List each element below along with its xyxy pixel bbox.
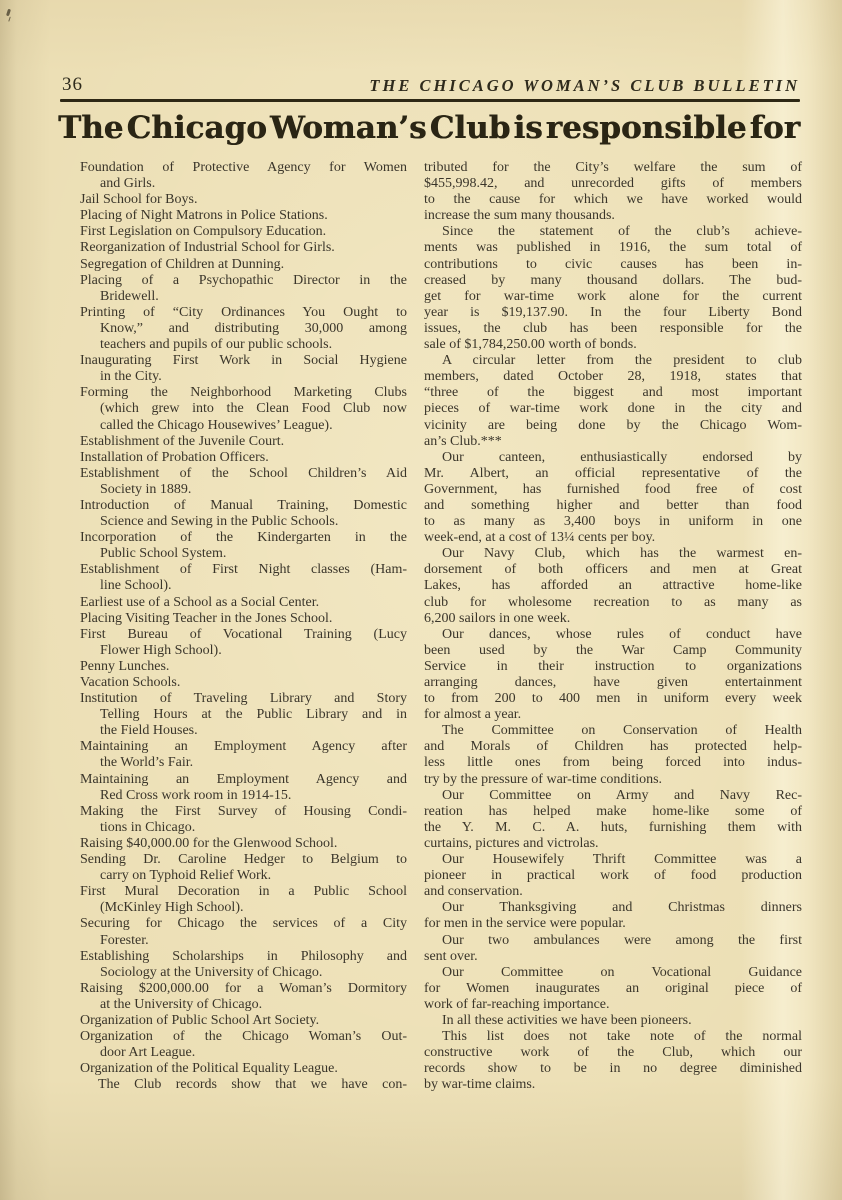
achievement-list-item: Organization of the Political Equality L… xyxy=(80,1061,407,1077)
text-line: Our Housewifely Thrift Committee was a xyxy=(424,852,802,868)
text-line: curtains, pictures and victrolas. xyxy=(424,836,802,852)
text-line: Securing for Chicago the services of a C… xyxy=(80,916,407,932)
text-line: Our Committee on Army and Navy Rec- xyxy=(424,788,802,804)
achievement-list-item: Vacation Schools. xyxy=(80,675,407,691)
text-line: Our Committee on Vocational Guidance xyxy=(424,965,802,981)
text-line: been used by the War Camp Community xyxy=(424,643,802,659)
text-line: the Y. M. C. A. huts, furnishing them wi… xyxy=(424,820,802,836)
paragraph: The Club records show that we have con- xyxy=(80,1077,407,1093)
paragraph: Our canteen, enthusiastically endorsed b… xyxy=(424,450,802,547)
text-line: and conservation. xyxy=(424,884,802,900)
text-line: First Bureau of Vocational Training (Luc… xyxy=(80,627,407,643)
paragraph: This list does not take note of the norm… xyxy=(424,1029,802,1093)
text-line: dorsement of both officers and men at Gr… xyxy=(424,562,802,578)
text-line: First Legislation on Compulsory Educatio… xyxy=(80,224,407,240)
text-line: Establishment of the School Children’s A… xyxy=(80,466,407,482)
achievement-list-item: First Legislation on Compulsory Educatio… xyxy=(80,224,407,240)
paragraph: Our Committee on Army and Navy Rec-reati… xyxy=(424,788,802,852)
achievement-list-item: Placing of a Psychopathic Director in th… xyxy=(80,273,407,305)
text-line: Jail School for Boys. xyxy=(80,192,407,208)
text-line: Bridewell. xyxy=(80,289,407,305)
text-line: constructive work of the Club, which our xyxy=(424,1045,802,1061)
page-header: 36 THE CHICAGO WOMAN’S CLUB BULLETIN xyxy=(62,74,800,96)
text-line: Maintaining an Employment Agency after xyxy=(80,739,407,755)
achievement-list-item: Sending Dr. Caroline Hedger to Belgium t… xyxy=(80,852,407,884)
text-line: reation has helped make home-like some o… xyxy=(424,804,802,820)
text-line: Incorporation of the Kindergarten in the xyxy=(80,530,407,546)
text-line: and Girls. xyxy=(80,176,407,192)
achievement-list-item: Establishment of the Juvenile Court. xyxy=(80,434,407,450)
achievement-list-item: Organization of the Chicago Woman’s Out-… xyxy=(80,1029,407,1061)
text-line: 6,200 sailors in one week. xyxy=(424,611,802,627)
achievement-list-item: Foundation of Protective Agency for Wome… xyxy=(80,160,407,192)
text-line: records show to be in no degree diminish… xyxy=(424,1061,802,1077)
text-line: pioneer in practical work of food produc… xyxy=(424,868,802,884)
text-line: for Women inaugurates an original piece … xyxy=(424,981,802,997)
text-line: Segregation of Children at Dunning. xyxy=(80,257,407,273)
text-line: Our Thanksgiving and Christmas dinners xyxy=(424,900,802,916)
text-line: tributed for the City’s welfare the sum … xyxy=(424,160,802,176)
paragraph: Since the statement of the club’s achiev… xyxy=(424,224,802,353)
text-line: increase the sum many thousands. xyxy=(424,208,802,224)
text-line: Placing of Night Matrons in Police Stati… xyxy=(80,208,407,224)
text-line: Telling Hours at the Public Library and … xyxy=(80,707,407,723)
text-line: week-end, at a cost of 13¼ cents per boy… xyxy=(424,530,802,546)
text-line: Institution of Traveling Library and Sto… xyxy=(80,691,407,707)
text-line: Know,” and distributing 30,000 among xyxy=(80,321,407,337)
text-line: Lakes, has afforded an attractive home-l… xyxy=(424,578,802,594)
text-line: for men in the service were popular. xyxy=(424,916,802,932)
text-line: an’s Club.*** xyxy=(424,434,802,450)
achievement-list-item: Placing Visiting Teacher in the Jones Sc… xyxy=(80,611,407,627)
text-line: Introduction of Manual Training, Domesti… xyxy=(80,498,407,514)
text-line: work of far-reaching importance. xyxy=(424,997,802,1013)
text-line: Vacation Schools. xyxy=(80,675,407,691)
text-line: Society in 1889. xyxy=(80,482,407,498)
text-line: door Art League. xyxy=(80,1045,407,1061)
text-line: Sociology at the University of Chicago. xyxy=(80,965,407,981)
text-line: Sending Dr. Caroline Hedger to Belgium t… xyxy=(80,852,407,868)
text-line: members, dated October 28, 1918, states … xyxy=(424,369,802,385)
text-line: Installation of Probation Officers. xyxy=(80,450,407,466)
text-line: contributions to civic causes has been i… xyxy=(424,257,802,273)
achievement-list-item: Establishment of First Night classes (Ha… xyxy=(80,562,407,594)
paragraph: tributed for the City’s welfare the sum … xyxy=(424,160,802,224)
article-title-word: Club xyxy=(430,110,511,147)
text-line: Placing Visiting Teacher in the Jones Sc… xyxy=(80,611,407,627)
text-line: Establishment of First Night classes (Ha… xyxy=(80,562,407,578)
paragraph: The Committee on Conservation of Healtha… xyxy=(424,723,802,787)
achievement-list-item: Installation of Probation Officers. xyxy=(80,450,407,466)
article-title: TheChicagoWoman’sClubisresponsiblefor xyxy=(58,110,800,147)
achievement-list-item: Incorporation of the Kindergarten in the… xyxy=(80,530,407,562)
article-title-word: for xyxy=(750,110,800,147)
text-line: In all these activities we have been pio… xyxy=(424,1013,802,1029)
text-line: sale of $1,784,250.00 worth of bonds. xyxy=(424,337,802,353)
text-line: Reorganization of Industrial School for … xyxy=(80,240,407,256)
text-line: Inaugurating First Work in Social Hygien… xyxy=(80,353,407,369)
article-title-word: responsible xyxy=(546,110,747,147)
text-line: vicinity are being done by the Chicago W… xyxy=(424,418,802,434)
article-title-word: Woman’s xyxy=(270,110,427,147)
achievement-list-item: Inaugurating First Work in Social Hygien… xyxy=(80,353,407,385)
text-line: Raising $40,000.00 for the Glenwood Scho… xyxy=(80,836,407,852)
text-line: Making the First Survey of Housing Condi… xyxy=(80,804,407,820)
text-line: Service in their instruction to organiza… xyxy=(424,659,802,675)
text-line: line School). xyxy=(80,578,407,594)
achievement-list-item: Establishment of the School Children’s A… xyxy=(80,466,407,498)
text-line: and Morals of Children has protected hel… xyxy=(424,739,802,755)
text-line: This list does not take note of the norm… xyxy=(424,1029,802,1045)
text-line: Red Cross work room in 1914-15. xyxy=(80,788,407,804)
paragraph: Our Housewifely Thrift Committee was api… xyxy=(424,852,802,900)
text-line: Our two ambulances were among the first xyxy=(424,933,802,949)
text-line: Government, has furnished food free of c… xyxy=(424,482,802,498)
text-line: the World’s Fair. xyxy=(80,755,407,771)
article-title-word: is xyxy=(513,110,542,147)
page-number: 36 xyxy=(62,74,83,96)
text-line: Since the statement of the club’s achiev… xyxy=(424,224,802,240)
text-line: Establishing Scholarships in Philosophy … xyxy=(80,949,407,965)
text-line: (McKinley High School). xyxy=(80,900,407,916)
achievement-list-item: Raising $200,000.00 for a Woman’s Dormit… xyxy=(80,981,407,1013)
text-line: First Mural Decoration in a Public Schoo… xyxy=(80,884,407,900)
text-line: the Field Houses. xyxy=(80,723,407,739)
achievement-list-item: Securing for Chicago the services of a C… xyxy=(80,916,407,948)
text-line: The Committee on Conservation of Health xyxy=(424,723,802,739)
text-line: to as many as 3,400 boys in uniform in o… xyxy=(424,514,802,530)
header-rule xyxy=(60,99,800,102)
text-line: to from 200 to 400 men in uniform every … xyxy=(424,691,802,707)
article-title-word: The xyxy=(58,110,123,147)
text-line: teachers and pupils of our public school… xyxy=(80,337,407,353)
text-line: Forming the Neighborhood Marketing Clubs xyxy=(80,385,407,401)
text-line: (which grew into the Clean Food Club now xyxy=(80,401,407,417)
text-line: A circular letter from the president to … xyxy=(424,353,802,369)
text-line: Maintaining an Employment Agency and xyxy=(80,772,407,788)
text-line: to the cause for which we have worked wo… xyxy=(424,192,802,208)
achievement-list-item: Raising $40,000.00 for the Glenwood Scho… xyxy=(80,836,407,852)
text-line: carry on Typhoid Relief Work. xyxy=(80,868,407,884)
text-line: and something higher and better than foo… xyxy=(424,498,802,514)
paragraph: Our two ambulances were among the firsts… xyxy=(424,933,802,965)
text-line: get for war-time work alone for the curr… xyxy=(424,289,802,305)
paragraph: Our Navy Club, which has the warmest en-… xyxy=(424,546,802,626)
text-line: try by the pressure of war-time conditio… xyxy=(424,772,802,788)
paragraph: Our Thanksgiving and Christmas dinnersfo… xyxy=(424,900,802,932)
achievement-list-item: Maintaining an Employment Agency afterth… xyxy=(80,739,407,771)
text-line: Science and Sewing in the Public Schools… xyxy=(80,514,407,530)
text-line: at the University of Chicago. xyxy=(80,997,407,1013)
text-line: creased by many thousand dollars. The bu… xyxy=(424,273,802,289)
text-line: for almost a year. xyxy=(424,707,802,723)
text-line: club for wholesome recreation to as many… xyxy=(424,595,802,611)
article-body: Foundation of Protective Agency for Wome… xyxy=(80,160,802,1093)
text-line: by war-time claims. xyxy=(424,1077,802,1093)
text-line: Printing of “City Ordinances You Ought t… xyxy=(80,305,407,321)
text-line: Organization of the Political Equality L… xyxy=(80,1061,407,1077)
stray-ink-mark xyxy=(6,9,11,17)
achievement-list-item: Making the First Survey of Housing Condi… xyxy=(80,804,407,836)
right-column: tributed for the City’s welfare the sum … xyxy=(424,160,802,1093)
text-line: sent over. xyxy=(424,949,802,965)
text-line: tions in Chicago. xyxy=(80,820,407,836)
text-line: Placing of a Psychopathic Director in th… xyxy=(80,273,407,289)
text-line: $455,998.42, and unrecorded gifts of mem… xyxy=(424,176,802,192)
achievement-list-item: Printing of “City Ordinances You Ought t… xyxy=(80,305,407,353)
achievement-list-item: Establishing Scholarships in Philosophy … xyxy=(80,949,407,981)
text-line: Foundation of Protective Agency for Wome… xyxy=(80,160,407,176)
paragraph: Our Committee on Vocational Guidancefor … xyxy=(424,965,802,1013)
achievement-list-item: Organization of Public School Art Societ… xyxy=(80,1013,407,1029)
paragraph: In all these activities we have been pio… xyxy=(424,1013,802,1029)
achievement-list-item: Earliest use of a School as a Social Cen… xyxy=(80,595,407,611)
text-line: Mr. Albert, an official representative o… xyxy=(424,466,802,482)
text-line: Organization of Public School Art Societ… xyxy=(80,1013,407,1029)
text-line: Raising $200,000.00 for a Woman’s Dormit… xyxy=(80,981,407,997)
achievement-list-item: First Mural Decoration in a Public Schoo… xyxy=(80,884,407,916)
text-line: in the City. xyxy=(80,369,407,385)
achievement-list-item: Segregation of Children at Dunning. xyxy=(80,257,407,273)
left-column: Foundation of Protective Agency for Wome… xyxy=(80,160,407,1093)
text-line: Penny Lunches. xyxy=(80,659,407,675)
text-line: Earliest use of a School as a Social Cen… xyxy=(80,595,407,611)
paragraph: Our dances, whose rules of conduct haveb… xyxy=(424,627,802,724)
text-line: called the Chicago Housewives’ League). xyxy=(80,418,407,434)
scanned-page: 36 THE CHICAGO WOMAN’S CLUB BULLETIN The… xyxy=(0,0,842,1200)
achievement-list-item: Forming the Neighborhood Marketing Clubs… xyxy=(80,385,407,433)
paragraph: A circular letter from the president to … xyxy=(424,353,802,450)
text-line: Our dances, whose rules of conduct have xyxy=(424,627,802,643)
achievement-list-item: Jail School for Boys. xyxy=(80,192,407,208)
text-line: Organization of the Chicago Woman’s Out- xyxy=(80,1029,407,1045)
text-line: year is $19,137.90. In the four Liberty … xyxy=(424,305,802,321)
achievement-list-item: Institution of Traveling Library and Sto… xyxy=(80,691,407,739)
text-line: Flower High School). xyxy=(80,643,407,659)
achievement-list-item: First Bureau of Vocational Training (Luc… xyxy=(80,627,407,659)
text-line: less little ones from being forced into … xyxy=(424,755,802,771)
journal-title: THE CHICAGO WOMAN’S CLUB BULLETIN xyxy=(369,76,800,96)
text-line: arranging dances, have given entertainme… xyxy=(424,675,802,691)
achievement-list-item: Maintaining an Employment Agency andRed … xyxy=(80,772,407,804)
achievement-list-item: Penny Lunches. xyxy=(80,659,407,675)
article-title-word: Chicago xyxy=(126,110,266,147)
text-line: Public School System. xyxy=(80,546,407,562)
achievement-list-item: Reorganization of Industrial School for … xyxy=(80,240,407,256)
text-line: Establishment of the Juvenile Court. xyxy=(80,434,407,450)
text-line: issues, the club has been responsible fo… xyxy=(424,321,802,337)
achievement-list-item: Introduction of Manual Training, Domesti… xyxy=(80,498,407,530)
achievement-list-item: Placing of Night Matrons in Police Stati… xyxy=(80,208,407,224)
text-line: Our canteen, enthusiastically endorsed b… xyxy=(424,450,802,466)
text-line: ments was published in 1916, the sum tot… xyxy=(424,240,802,256)
text-line: Our Navy Club, which has the warmest en- xyxy=(424,546,802,562)
text-line: Forester. xyxy=(80,933,407,949)
text-line: The Club records show that we have con- xyxy=(80,1077,407,1093)
text-line: pieces of war-time work done in the city… xyxy=(424,401,802,417)
text-line: “three of the biggest and most important xyxy=(424,385,802,401)
